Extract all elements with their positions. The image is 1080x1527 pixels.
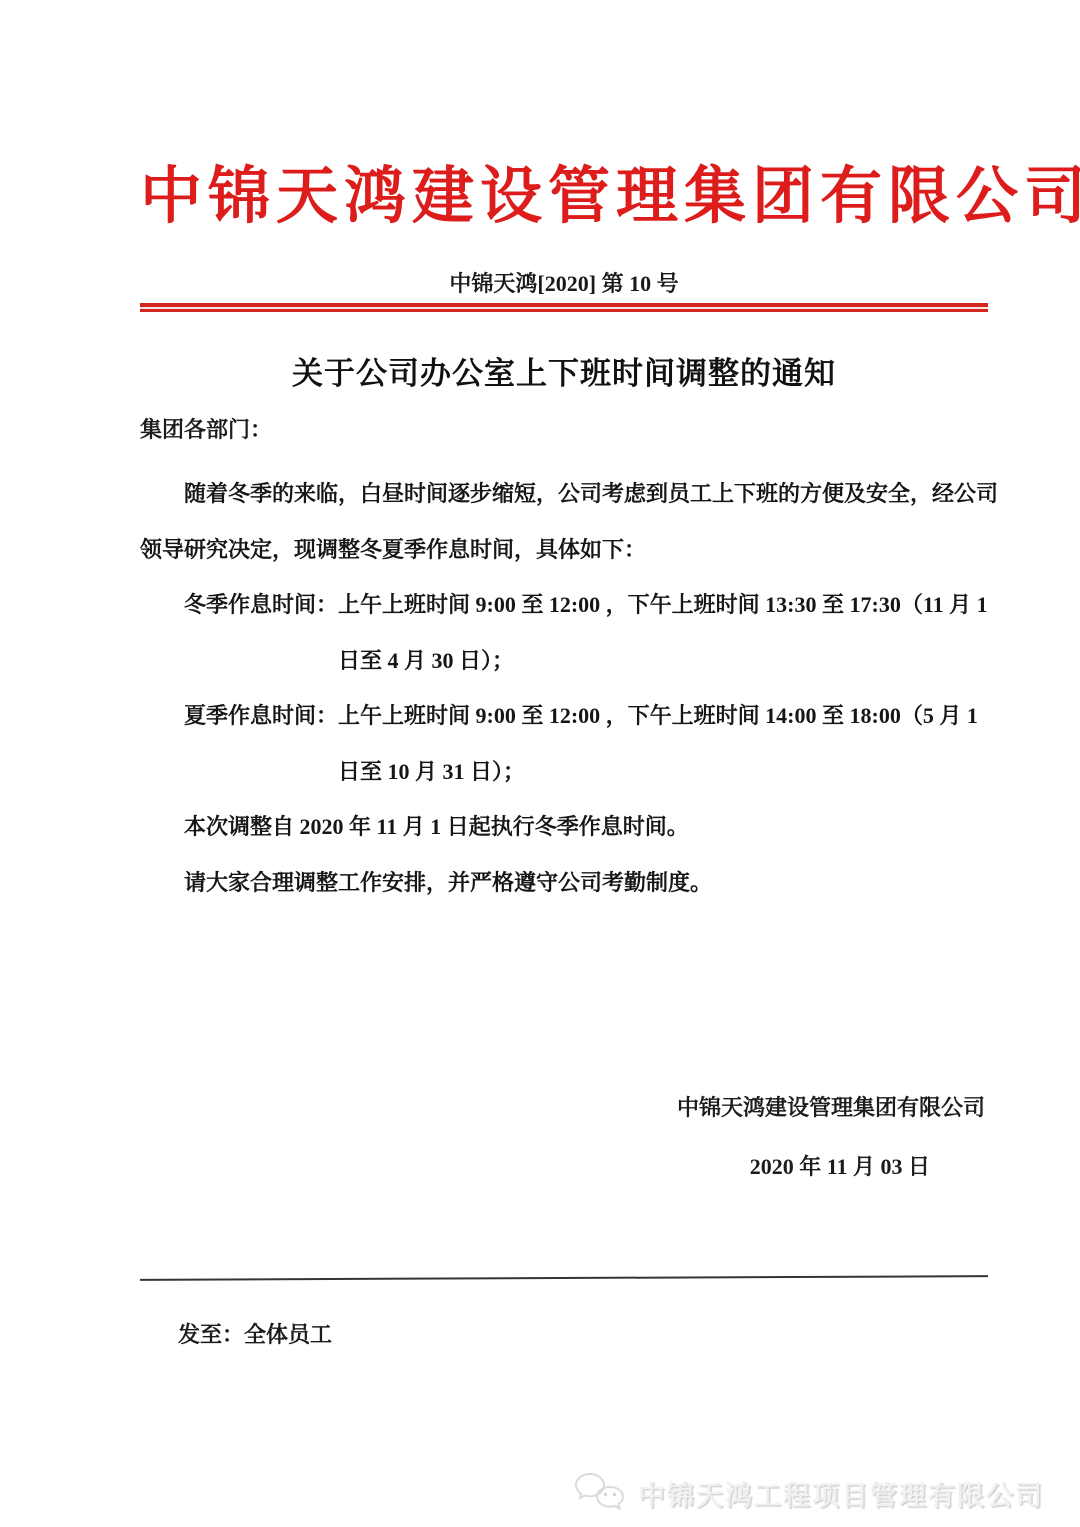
winter-schedule-times: 上午上班时间 9:00 至 12:00 ，下午上班时间 13:30 至 17:3… <box>338 592 988 617</box>
paragraph-effective-date: 本次调整自 2020 年 11 月 1 日起执行冬季作息时间。 <box>140 799 1010 855</box>
footer-watermark: 中锦天鸿工程项目管理有限公司 <box>574 1471 1044 1515</box>
document-number: 中锦天鸿[2020] 第 10 号 <box>140 267 988 298</box>
notice-body: 随着冬季的来临，白昼时间逐步缩短，公司考虑到员工上下班的方便及安全，经公司 领导… <box>140 466 1010 910</box>
bottom-separator-rule <box>140 1275 988 1281</box>
red-rule-thin-stripe <box>140 309 988 312</box>
distribution-line: 发至：全体员工 <box>178 1318 332 1349</box>
summer-schedule-times: 上午上班时间 9:00 至 12:00 ，下午上班时间 14:00 至 18:0… <box>338 703 978 728</box>
paragraph-compliance: 请大家合理调整工作安排，并严格遵守公司考勤制度。 <box>140 855 1010 911</box>
document-page: 中锦天鸿建设管理集团有限公司 中锦天鸿[2020] 第 10 号 关于公司办公室… <box>0 0 1080 1527</box>
notice-title: 关于公司办公室上下班时间调整的通知 <box>140 348 988 393</box>
signature-company: 中锦天鸿建设管理集团有限公司 <box>677 1091 985 1122</box>
letterhead-company-title: 中锦天鸿建设管理集团有限公司 <box>140 146 988 235</box>
paragraph-1-line-1: 随着冬季的来临，白昼时间逐步缩短，公司考虑到员工上下班的方便及安全，经公司 <box>140 466 1010 522</box>
summer-schedule-label: 夏季作息时间： <box>184 703 338 728</box>
winter-schedule-label: 冬季作息时间： <box>184 592 338 617</box>
salutation: 集团各部门： <box>140 413 272 444</box>
summer-schedule-line-1: 夏季作息时间：上午上班时间 9:00 至 12:00 ，下午上班时间 14:00… <box>140 688 1010 744</box>
summer-schedule-line-2: 日至 10 月 31 日）； <box>140 744 1010 800</box>
footer-watermark-text: 中锦天鸿工程项目管理有限公司 <box>638 1474 1044 1513</box>
winter-schedule-line-2: 日至 4 月 30 日）； <box>140 633 1010 689</box>
paragraph-1-line-2: 领导研究决定，现调整冬夏季作息时间，具体如下： <box>140 522 1010 578</box>
signature-date: 2020 年 11 月 03 日 <box>750 1150 930 1181</box>
winter-schedule-line-1: 冬季作息时间：上午上班时间 9:00 至 12:00 ，下午上班时间 13:30… <box>140 577 1010 633</box>
wechat-icon <box>574 1471 626 1515</box>
red-separator-rule <box>140 303 988 312</box>
